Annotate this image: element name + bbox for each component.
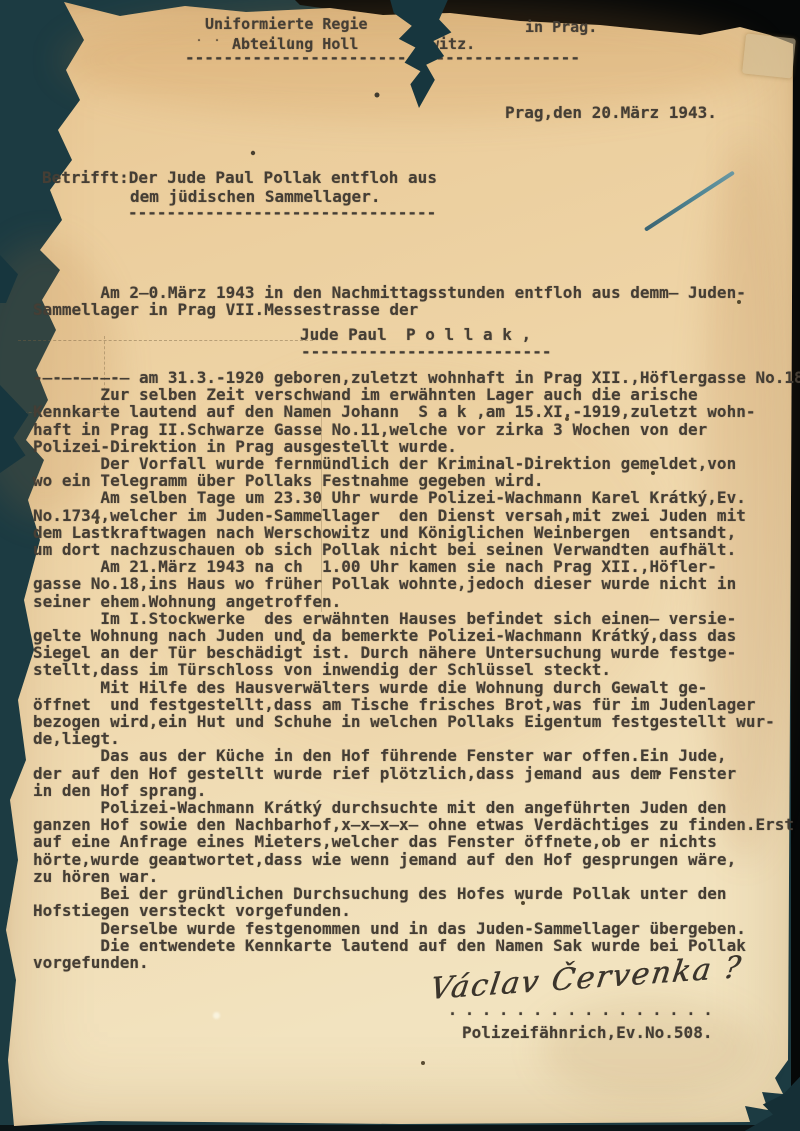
subject-line1: Betrifft:Der Jude Paul Pollak entfloh au… <box>42 169 437 186</box>
date-line: Prag,den 20.März 1943. <box>505 104 717 121</box>
scanned-letter-page: Uniformierte Regie in Prag. . . . . . . … <box>0 0 800 1131</box>
signature-typed-title: Polizeifähnrich,Ev.No.508. <box>462 1024 712 1041</box>
paper-speck-light <box>213 1012 220 1019</box>
paper-tear-notch-left-1 <box>0 255 20 303</box>
paper-specks <box>0 0 2 2</box>
body-paragraph-1: Am 2̶0.März 1943 in den Nachmittagsstund… <box>33 284 798 318</box>
subject-dashed-underline: -------------------------------- <box>128 204 436 221</box>
name-dashed-underline: -------------------------- <box>301 343 551 360</box>
letterhead-dashed-underline: ----------------------------------------… <box>185 49 580 66</box>
backdrop-black-bottom <box>0 1125 800 1131</box>
paper-tear-notch-left-2 <box>0 385 30 473</box>
fugitive-name-line: Jude Paul P o l l a k , <box>300 326 531 343</box>
letterhead-line1-right: in Prag. <box>525 19 597 36</box>
signature-dotted-line: ................ <box>448 1002 721 1019</box>
tape-patch <box>742 33 796 78</box>
body-main-text: -̶-̶-̶-̶-̶ am 31.3.-1920 geboren,zuletzt… <box>33 369 798 971</box>
